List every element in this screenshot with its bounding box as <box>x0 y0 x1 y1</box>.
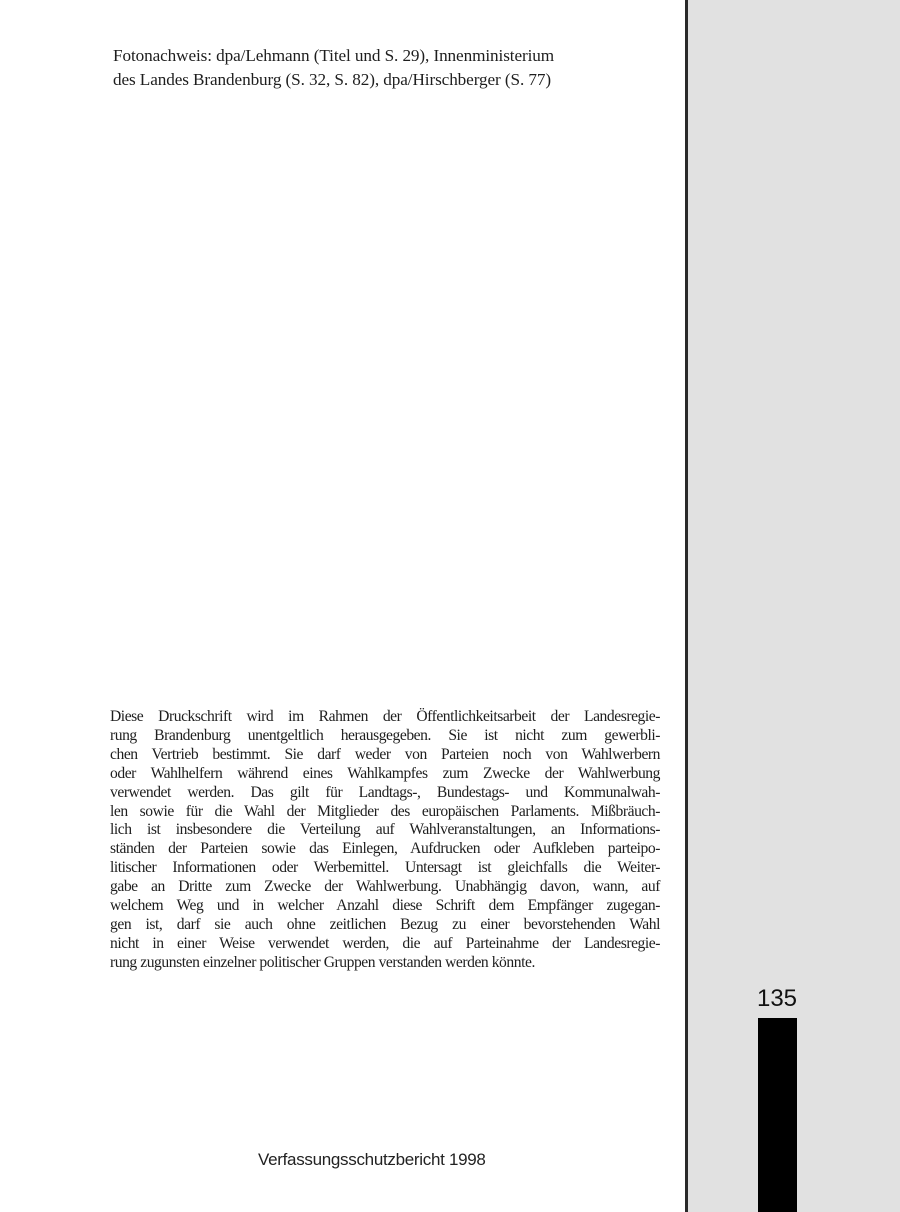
disclaimer-line: rung Brandenburg unentgeltlich herausgeg… <box>110 727 660 746</box>
page-number: 135 <box>754 985 800 1013</box>
section-tab-marker <box>758 1018 797 1212</box>
disclaimer-line: gen ist, darf sie auch ohne zeitlichen B… <box>110 916 660 935</box>
distribution-disclaimer: Diese Druckschrift wird im Rahmen der Öf… <box>110 708 660 973</box>
disclaimer-line: nicht in einer Weise verwendet werden, d… <box>110 935 660 954</box>
disclaimer-line: rung zugunsten einzelner politischer Gru… <box>110 954 660 973</box>
disclaimer-line: chen Vertrieb bestimmt. Sie darf weder v… <box>110 746 660 765</box>
disclaimer-line: litischer Informationen oder Werbemittel… <box>110 859 660 878</box>
disclaimer-line: verwendet werden. Das gilt für Landtags-… <box>110 784 660 803</box>
footer-report-title: Verfassungsschutzbericht 1998 <box>258 1150 486 1170</box>
disclaimer-line: ständen der Parteien sowie das Einlegen,… <box>110 840 660 859</box>
photo-credits: Fotonachweis: dpa/Lehmann (Titel und S. … <box>113 44 665 92</box>
disclaimer-line: gabe an Dritte zum Zwecke der Wahlwerbun… <box>110 878 660 897</box>
disclaimer-line: len sowie für die Wahl der Mitglieder de… <box>110 803 660 822</box>
disclaimer-line: welchem Weg und in welcher Anzahl diese … <box>110 897 660 916</box>
disclaimer-line: Diese Druckschrift wird im Rahmen der Öf… <box>110 708 660 727</box>
disclaimer-line: oder Wahlhelfern während eines Wahlkampf… <box>110 765 660 784</box>
disclaimer-line: lich ist insbesondere die Verteilung auf… <box>110 821 660 840</box>
photo-credits-line: Fotonachweis: dpa/Lehmann (Titel und S. … <box>113 44 665 68</box>
photo-credits-line: des Landes Brandenburg (S. 32, S. 82), d… <box>113 68 665 92</box>
document-page: Fotonachweis: dpa/Lehmann (Titel und S. … <box>0 0 685 1212</box>
